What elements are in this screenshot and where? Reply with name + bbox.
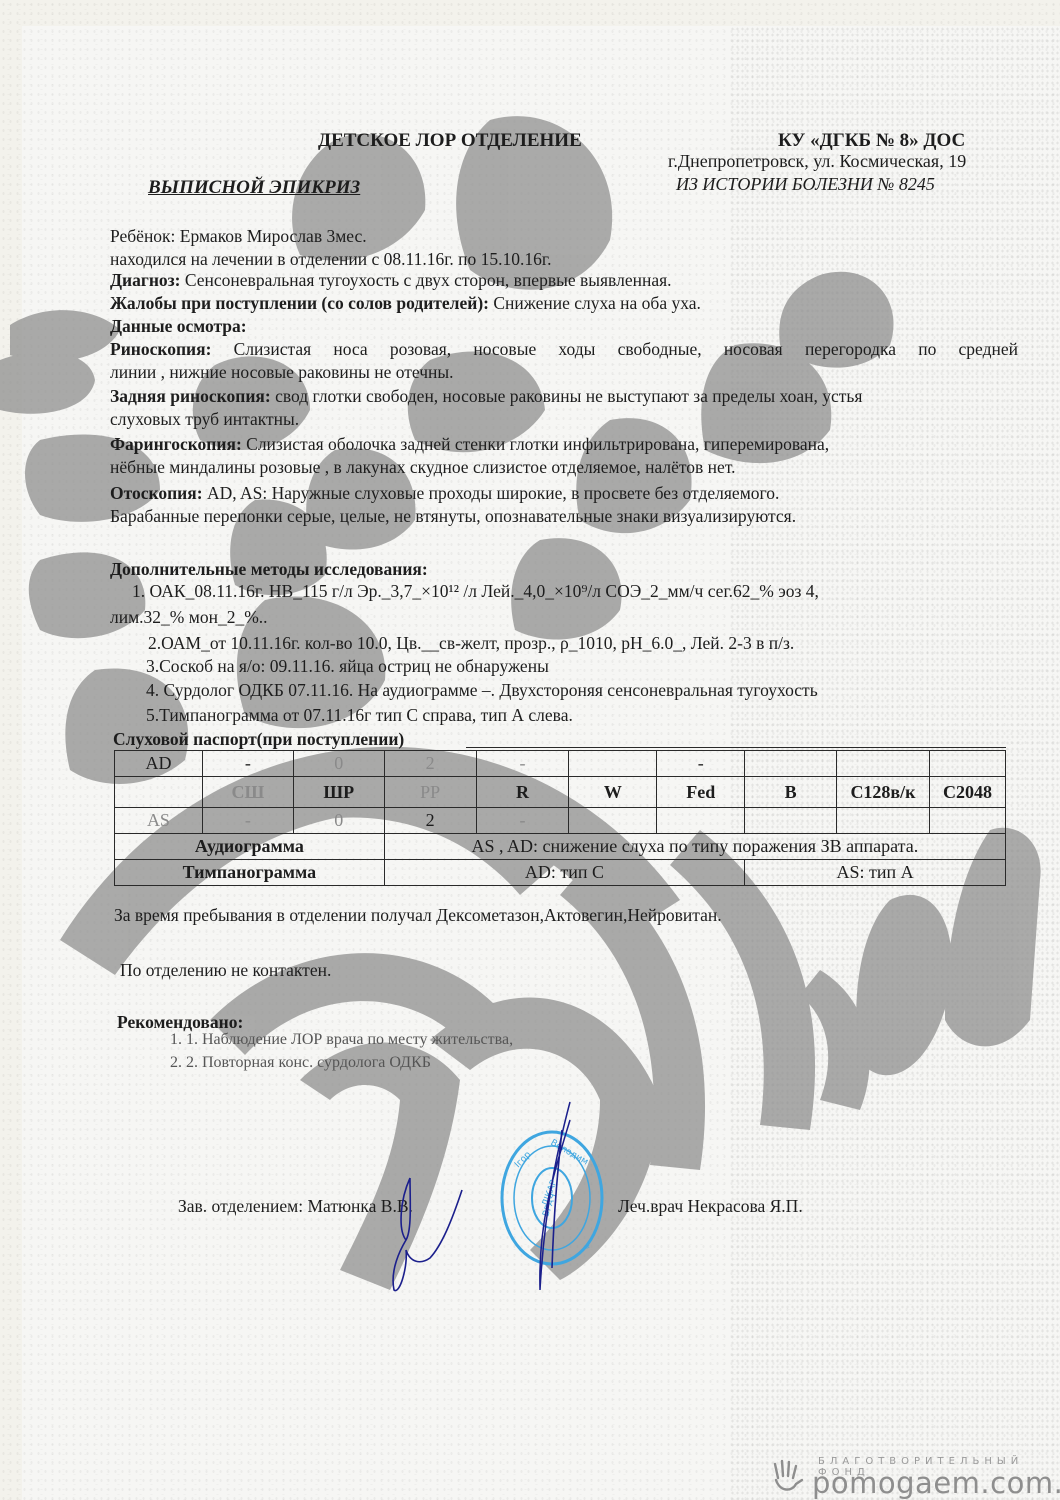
posterior-rhinoscopy-row: Задняя риноскопия: свод глотки свободен,… (110, 386, 862, 407)
cell: R (476, 777, 569, 808)
cell: 0 (293, 808, 384, 834)
additional-methods-label: Дополнительные методы исследования: (110, 559, 428, 579)
complaints-row: Жалобы при поступлении (со солов родител… (110, 293, 701, 314)
foundation-hand-logo-icon (770, 1458, 806, 1494)
otoscopy-label: Отоскопия: (110, 483, 203, 503)
audiologist-line: 4. Сурдолог ОДКБ 07.11.16. На аудиограмм… (146, 680, 818, 701)
cell: B (745, 777, 837, 808)
cell: ШР (293, 777, 384, 808)
otoscopy-row: Отоскопия: AD, AS: Наружные слуховые про… (110, 483, 779, 504)
rhinoscopy-text: Слизистая носа розовая, носовые ходы сво… (211, 339, 1018, 359)
complaints-text: Снижение слуха на оба уха. (489, 293, 701, 313)
organization-name: КУ «ДГКБ № 8» ДОС (778, 130, 965, 152)
tympanogram-label: Тимпанограмма (115, 860, 385, 886)
posterior-rhinoscopy-label: Задняя риноскопия: (110, 386, 271, 406)
table-row-headers: СШ ШР РР R W Fed B C128в/к C2048 (115, 777, 1006, 808)
otoscopy-continuation: Барабанные перепонки серые, целые, не вт… (110, 506, 796, 527)
blood-test-line: 1. ОАК_08.11.16г. НВ_115 г/л Эр._3,7_×10… (132, 581, 819, 602)
cell: C2048 (929, 777, 1005, 808)
cell (837, 751, 930, 777)
diagnosis-label: Диагноз: (110, 270, 181, 290)
table-row-ad: AD - 0 2 - - (115, 751, 1006, 777)
cell: 2 (384, 751, 476, 777)
attending-doctor-signature-line: Леч.врач Некрасова Я.П. (618, 1196, 803, 1217)
tympanogram-as: AS: тип А (745, 860, 1006, 886)
exam-heading: Данные осмотра: (110, 316, 247, 337)
recommendations-list: 1. 1. Наблюдение ЛОР врача по месту жите… (170, 1028, 513, 1074)
scraping-test-line: 3.Соскоб на я/о: 09.11.16. яйца остриц н… (146, 656, 549, 677)
handwritten-signature-icon (380, 1170, 470, 1300)
additional-methods-heading: Дополнительные методы исследования: (110, 559, 428, 580)
cell: 0 (293, 751, 384, 777)
audiogram-label: Аудиограмма (115, 834, 385, 860)
rhinoscopy-continuation: линии , нижние носовые раковины не отечн… (110, 362, 454, 383)
pharyngoscopy-label: Фарингоскопия: (110, 434, 242, 454)
cell: РР (384, 777, 476, 808)
blood-test-continuation: лим.32_% мон_2_%.. (110, 607, 268, 628)
cell: Fed (657, 777, 745, 808)
cell (745, 751, 837, 777)
cell: AS (115, 808, 203, 834)
treatment-line: За время пребывания в отделении получал … (114, 905, 722, 926)
audiogram-value: AS , AD: снижение слуха по типу поражени… (384, 834, 1005, 860)
history-reference: ИЗ ИСТОРИИ БОЛЕЗНИ № 8245 (676, 174, 935, 195)
cell: - (657, 751, 745, 777)
list-item: 2. 2. Повторная конс. сурдолога ОДКБ (170, 1051, 513, 1074)
table-top-rule (466, 747, 1006, 748)
diagnosis-text: Сенсоневральная тугоухость с двух сторон… (181, 270, 672, 290)
cell: AD (115, 751, 203, 777)
cell (657, 808, 745, 834)
contact-line: По отделению не контактен. (120, 960, 331, 981)
cell: - (476, 751, 569, 777)
exam-label: Данные осмотра: (110, 316, 247, 336)
cell (929, 751, 1005, 777)
cell (115, 777, 203, 808)
document-title: ВЫПИСНОЙ ЭПИКРИЗ (148, 177, 360, 199)
cell: 2 (384, 808, 476, 834)
cell: - (202, 808, 293, 834)
department-heading: ДЕТСКОЕ ЛОР ОТДЕЛЕНИЕ (318, 130, 582, 152)
svg-text:*: * (584, 1241, 590, 1255)
cell: СШ (202, 777, 293, 808)
tympanogram-line: 5.Тимпанограмма от 07.11.16г тип С справ… (146, 705, 573, 726)
cell (929, 808, 1005, 834)
complaints-label: Жалобы при поступлении (со солов родител… (110, 293, 489, 313)
organization-address: г.Днепропетровск, ул. Космическая, 19 (668, 151, 966, 172)
cell (837, 808, 930, 834)
doctor-signature-icon (500, 1100, 580, 1300)
pharyngoscopy-text: Слизистая оболочка задней стенки глотки … (242, 434, 829, 454)
posterior-rhinoscopy-continuation: слуховых труб интактны. (110, 409, 299, 430)
cell: W (569, 777, 657, 808)
pharyngoscopy-continuation: нёбные миндалины розовые , в лакунах ску… (110, 457, 736, 478)
hearing-passport-caption: Слуховой паспорт(при поступлении) (113, 729, 404, 750)
cell: - (202, 751, 293, 777)
cell: C128в/к (837, 777, 930, 808)
urine-test-line: 2.ОАМ_от 10.11.16г. кол-во 10.0, Цв.__св… (148, 633, 794, 654)
table-row-audiogram: Аудиограмма AS , AD: снижение слуха по т… (115, 834, 1006, 860)
diagnosis-row: Диагноз: Сенсоневральная тугоухость с дв… (110, 270, 672, 291)
patient-line: Ребёнок: Ермаков Мирослав 3мес. (110, 226, 367, 247)
posterior-rhinoscopy-text: свод глотки свободен, носовые раковины н… (271, 386, 863, 406)
table-row-as: AS - 0 2 - (115, 808, 1006, 834)
foundation-url: pomogaem.com.ua (812, 1466, 1060, 1500)
tympanogram-ad: AD: тип С (384, 860, 744, 886)
table-row-tympanogram: Тимпанограмма AD: тип С AS: тип А (115, 860, 1006, 886)
pharyngoscopy-row: Фарингоскопия: Слизистая оболочка задней… (110, 434, 829, 455)
cell (569, 808, 657, 834)
rhinoscopy-label: Риноскопия: (110, 339, 211, 359)
hearing-passport-table: AD - 0 2 - - СШ ШР РР R W Fed B C128в/к … (114, 750, 1006, 886)
stay-period: находился на лечении в отделении с 08.11… (110, 249, 552, 270)
otoscopy-text: AD, AS: Наружные слуховые проходы широки… (203, 483, 780, 503)
cell: - (476, 808, 569, 834)
rhinoscopy-row: Риноскопия: Слизистая носа розовая, носо… (110, 339, 1018, 360)
head-of-department-signature-line: Зав. отделением: Матюнка В.В. (178, 1196, 413, 1217)
list-item: 1. 1. Наблюдение ЛОР врача по месту жите… (170, 1028, 513, 1051)
cell (569, 751, 657, 777)
cell (745, 808, 837, 834)
